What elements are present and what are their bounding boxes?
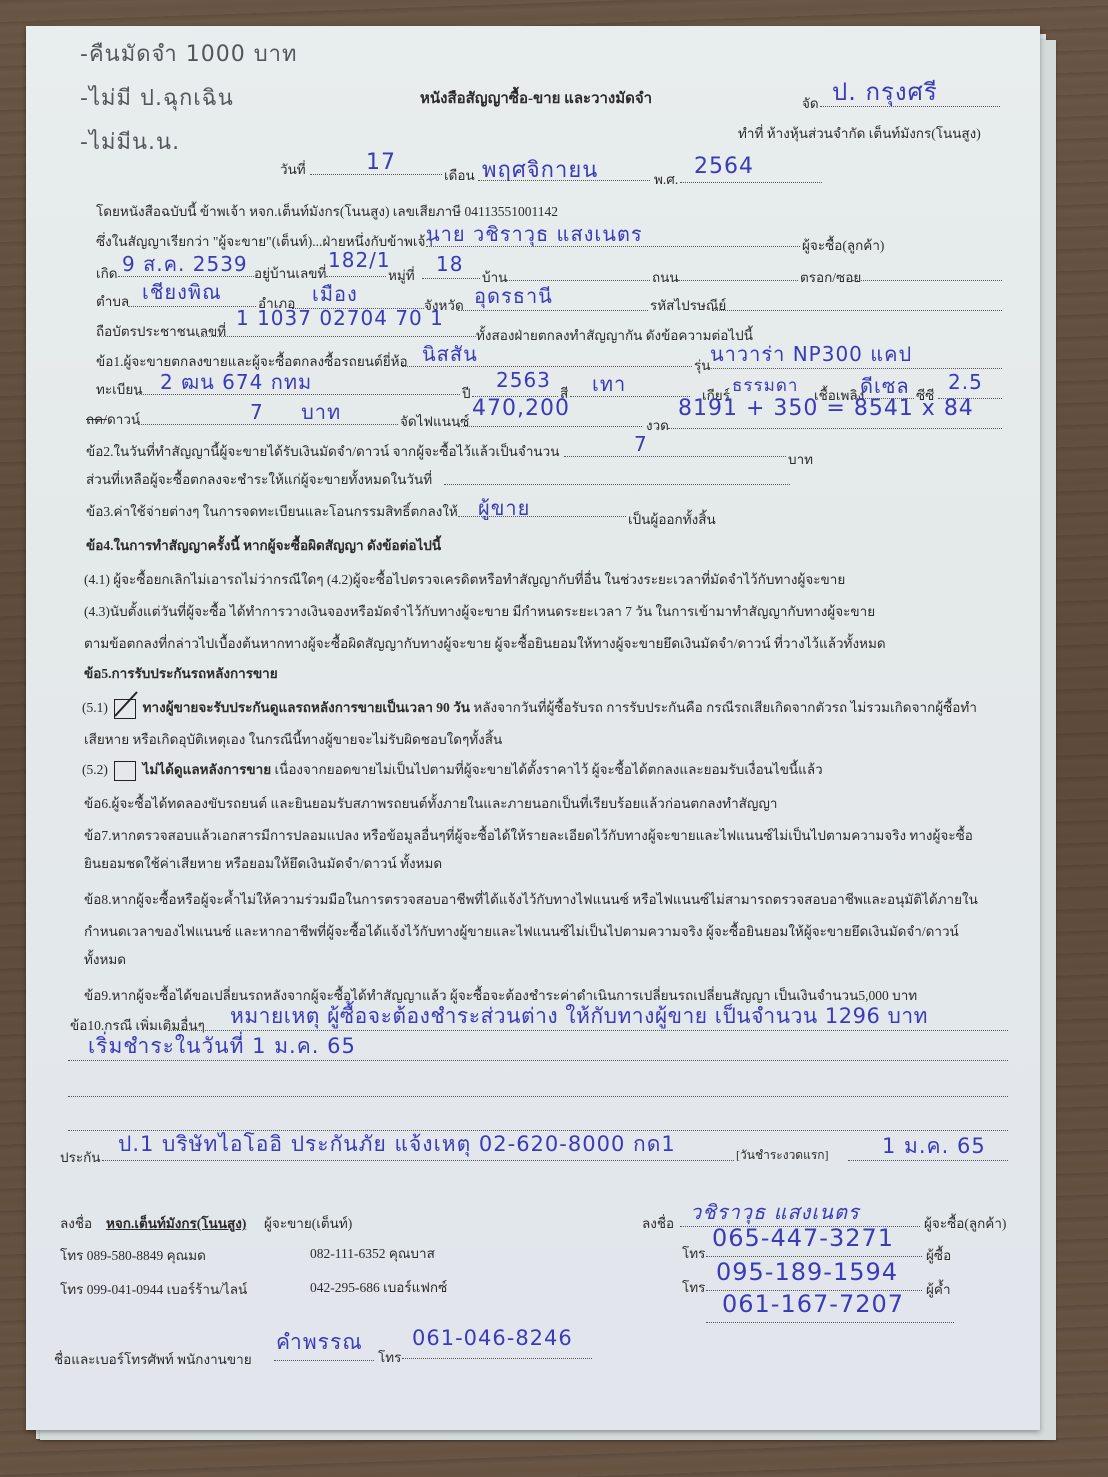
clause5-2-bold: ไม่ได้ดูแลหลังการขาย [143,762,271,777]
moo-label: หมู่ที่ [388,264,415,286]
checkmark-icon [113,690,139,720]
clause4-1: (4.1) ผู้จะซื้อยกเลิกไม่เอารถไม่ว่ากรณีใ… [84,568,845,590]
made-at: ทำที่ ห้างหุ้นส่วนจำกัด เต็นท์มังกร(โนนส… [738,122,981,144]
date-label: วันที่ [280,158,306,180]
clause7b: ยินยอมชดใช้ค่าเสียหาย หรือยอมให้ยึดเงินม… [84,852,442,874]
guarantor-phone-suffix: ผู้ค้ำ [926,1278,951,1300]
clause6: ข้อ6.ผู้จะซื้อได้ทดลองขับรถยนต์ และยินยอ… [84,792,777,814]
year-value: 2563 [496,368,551,392]
document-title: หนังสือสัญญาซื้อ-ขาย และวางมัดจำ [420,86,652,110]
model-value: นาวาร่า NP300 แคป [710,338,912,370]
down-label-text: ดาวน์ [107,412,140,427]
clause5-1-number: (5.1) [82,700,108,715]
date-value: 17 [366,150,396,175]
model-label: รุ่น [694,354,710,376]
month-label: เดือน [444,164,475,186]
contract-document: -คืนมัดจำ 1000 บาท -ไม่มี ป.ฉุกเฉิน -ไม่… [26,26,1040,1430]
color-value: เทา [592,368,626,400]
road-label: ถนน [652,266,679,288]
insurance-label: ประกัน [60,1146,100,1168]
installment-value: 8191 + 350 = 8541 x 84 [678,396,974,421]
clause3: ข้อ3.ค่าใช้จ่ายต่างๆ ในการจดทะเบียนและโอ… [86,500,458,522]
id-value: 1 1037 02704 70 1 [236,306,444,330]
staff-phone: 061-046-8246 [412,1326,573,1350]
note-no-emergency: -ไม่มี ป.ฉุกเฉิน [80,80,234,115]
buyer-phone: 065-447-3271 [712,1224,894,1252]
seller-phone-3: โทร 099-041-0944 เบอร์ร้าน/ไลน์ [60,1278,247,1300]
note-no-nn: -ไม่มีน.น. [80,124,180,159]
deposit-value: 7 [634,432,648,456]
clause8c: ทั้งหมด [84,948,126,970]
first-payment-label: [วันชำระงวดแรก] [736,1146,829,1165]
branch-label: จัด [802,92,819,114]
deposit-unit: บาท [788,448,813,470]
insurance-value: ป.1 บริษัทไอโออิ ประกันภัย แจ้งเหตุ 02-6… [118,1128,676,1161]
subdistrict-value: เชียงพิณ [142,276,222,308]
house-no-value: 182/1 [328,248,391,272]
soi-label: ตรอก/ซอย [800,266,861,288]
cc-value: 2.5 [948,370,983,394]
clause5-1-rest: หลังจากวันที่ผู้ซื้อรับรถ การรับประกันคื… [470,700,977,715]
clause8a: ข้อ8.หากผู้จะซื้อหรือผู้จะค้ำไม่ให้ความร… [84,888,978,910]
plate-value: 2 ฒน 674 กทม [160,366,312,398]
plate-label: ทะเบียน [96,378,142,400]
down-label: ถค/ดาวน์ [86,408,140,430]
year-label: พ.ศ. [654,168,678,190]
buyer-phone-suffix: ผู้ซื้อ [926,1244,951,1266]
clause10-note-line1: หมายเหตุ ผู้ซื้อจะต้องชำระส่วนต่าง ให้กั… [230,1000,928,1033]
staff-name: คำพรรณ [276,1326,363,1359]
warranty-90-days-checkbox[interactable] [114,699,136,719]
gear-value: ธรรมดา [732,372,798,399]
seller-role: ผู้จะขาย(เต็นท์) [264,1212,352,1234]
province-value: อุดรธานี [474,280,553,312]
postcode-label: รหัสไปรษณีย์ [650,294,726,316]
buyer-phone-label: โทร [682,1242,705,1264]
finance-value: 470,200 [472,396,570,421]
buyer-role: ผู้จะซื้อ(ลูกค้า) [924,1212,1006,1234]
clause5-2-rest: เนื่องจากยอดขายไม่เป็นไปตามที่ผู้จะขายได… [271,762,823,777]
subdistrict-label: ตำบล [96,290,129,312]
seller-phone-4: 042-295-686 เบอร์แฟกซ์ [310,1276,447,1298]
seller-phone-2: 082-111-6352 คุณบาส [310,1242,435,1264]
clause5-1-b: เสียหาย หรือเกิดอุบัติเหตุเอง ในกรณีนี้ท… [84,728,502,750]
staff-label: ชื่อและเบอร์โทรศัพท์ พนักงานขาย [54,1348,252,1370]
born-label: เกิด [96,262,118,284]
clause7a: ข้อ7.หากตรวจสอบแล้วเอกสารมีการปลอมแปลง ห… [84,824,973,846]
clause4-title: ข้อ4.ในการทำสัญญาครั้งนี้ หากผู้จะซื้อผิ… [86,534,441,556]
fee-payer-value: ผู้ขาย [478,492,530,524]
note-refund: -คืนมัดจำ 1000 บาท [80,36,298,71]
guarantor-phone-label: โทร [682,1276,705,1298]
down-value: 7 บาท [250,396,341,428]
seller-phone-1: โทร 089-580-8849 คุณมด [60,1244,206,1266]
first-payment-value: 1 ม.ค. 65 [882,1130,986,1163]
finance-label: จัดไฟแนนซ์ [400,410,469,432]
clause4-3b: ตามข้อตกลงที่กล่าวไปเบื้องต้นหากทางผู้จะ… [84,632,886,654]
installment-label: งวด [646,414,669,436]
buyer-suffix: ผู้จะซื้อ(ลูกค้า) [802,234,884,256]
clause4-3a: (4.3)นับตั้งแต่วันที่ผู้จะซื้อ ได้ทำการว… [84,600,875,622]
year-value: 2564 [694,154,754,179]
buyer-name-value: นาย วชิราวุธ แสงเนตร [426,218,643,250]
extra-phone: 061-167-7207 [722,1290,904,1318]
clause2b: ส่วนที่เหลือผู้จะซื้อตกลงจะชำระให้แก่ผู้… [86,468,432,490]
staff-phone-label: โทร [378,1346,401,1368]
moo-value: 18 [436,252,463,276]
id-label: ถือบัตรประชาชนเลขที่ [96,320,226,342]
clause5-1-bold: ทางผู้ขายจะรับประกันดูแลรถหลังการขายเป็น… [143,700,470,715]
no-warranty-checkbox[interactable] [114,761,136,781]
clause5-2-number: (5.2) [82,762,108,777]
clause5-1: (5.1) ทางผู้ขายจะรับประกันดูแลรถหลังการข… [82,696,977,719]
clause10-note-line2: เริ่มชำระในวันที่ 1 ม.ค. 65 [88,1030,356,1063]
seller-sign-label: ลงชื่อ [60,1212,92,1234]
struck-text: ถค/ [86,412,107,427]
clause5-2: (5.2) ไม่ได้ดูแลหลังการขาย เนื่องจากยอดข… [82,758,823,781]
year-label: ปี [462,382,471,404]
month-value: พฤศจิกายน [482,152,598,187]
clause3-suffix: เป็นผู้ออกทั้งสิ้น [628,508,716,530]
clause5-title: ข้อ5.การรับประกันรถหลังการขาย [84,662,278,684]
brand-value: นิสสัน [422,338,478,370]
buyer-sign-label: ลงชื่อ [642,1212,674,1234]
seller-name: หจก.เต็นท์มังกร(โนนสูง) [106,1212,246,1234]
clause2a: ข้อ2.ในวันที่ทำสัญญานี้ผู้จะขายได้รับเงิ… [86,440,559,462]
guarantor-phone: 095-189-1594 [716,1258,898,1286]
clause8b: กำหนดเวลาของไฟแนนซ์ และหากอาชีพที่ผู้จะซ… [84,920,959,942]
branch-value: ป. กรุงศรี [832,72,938,111]
